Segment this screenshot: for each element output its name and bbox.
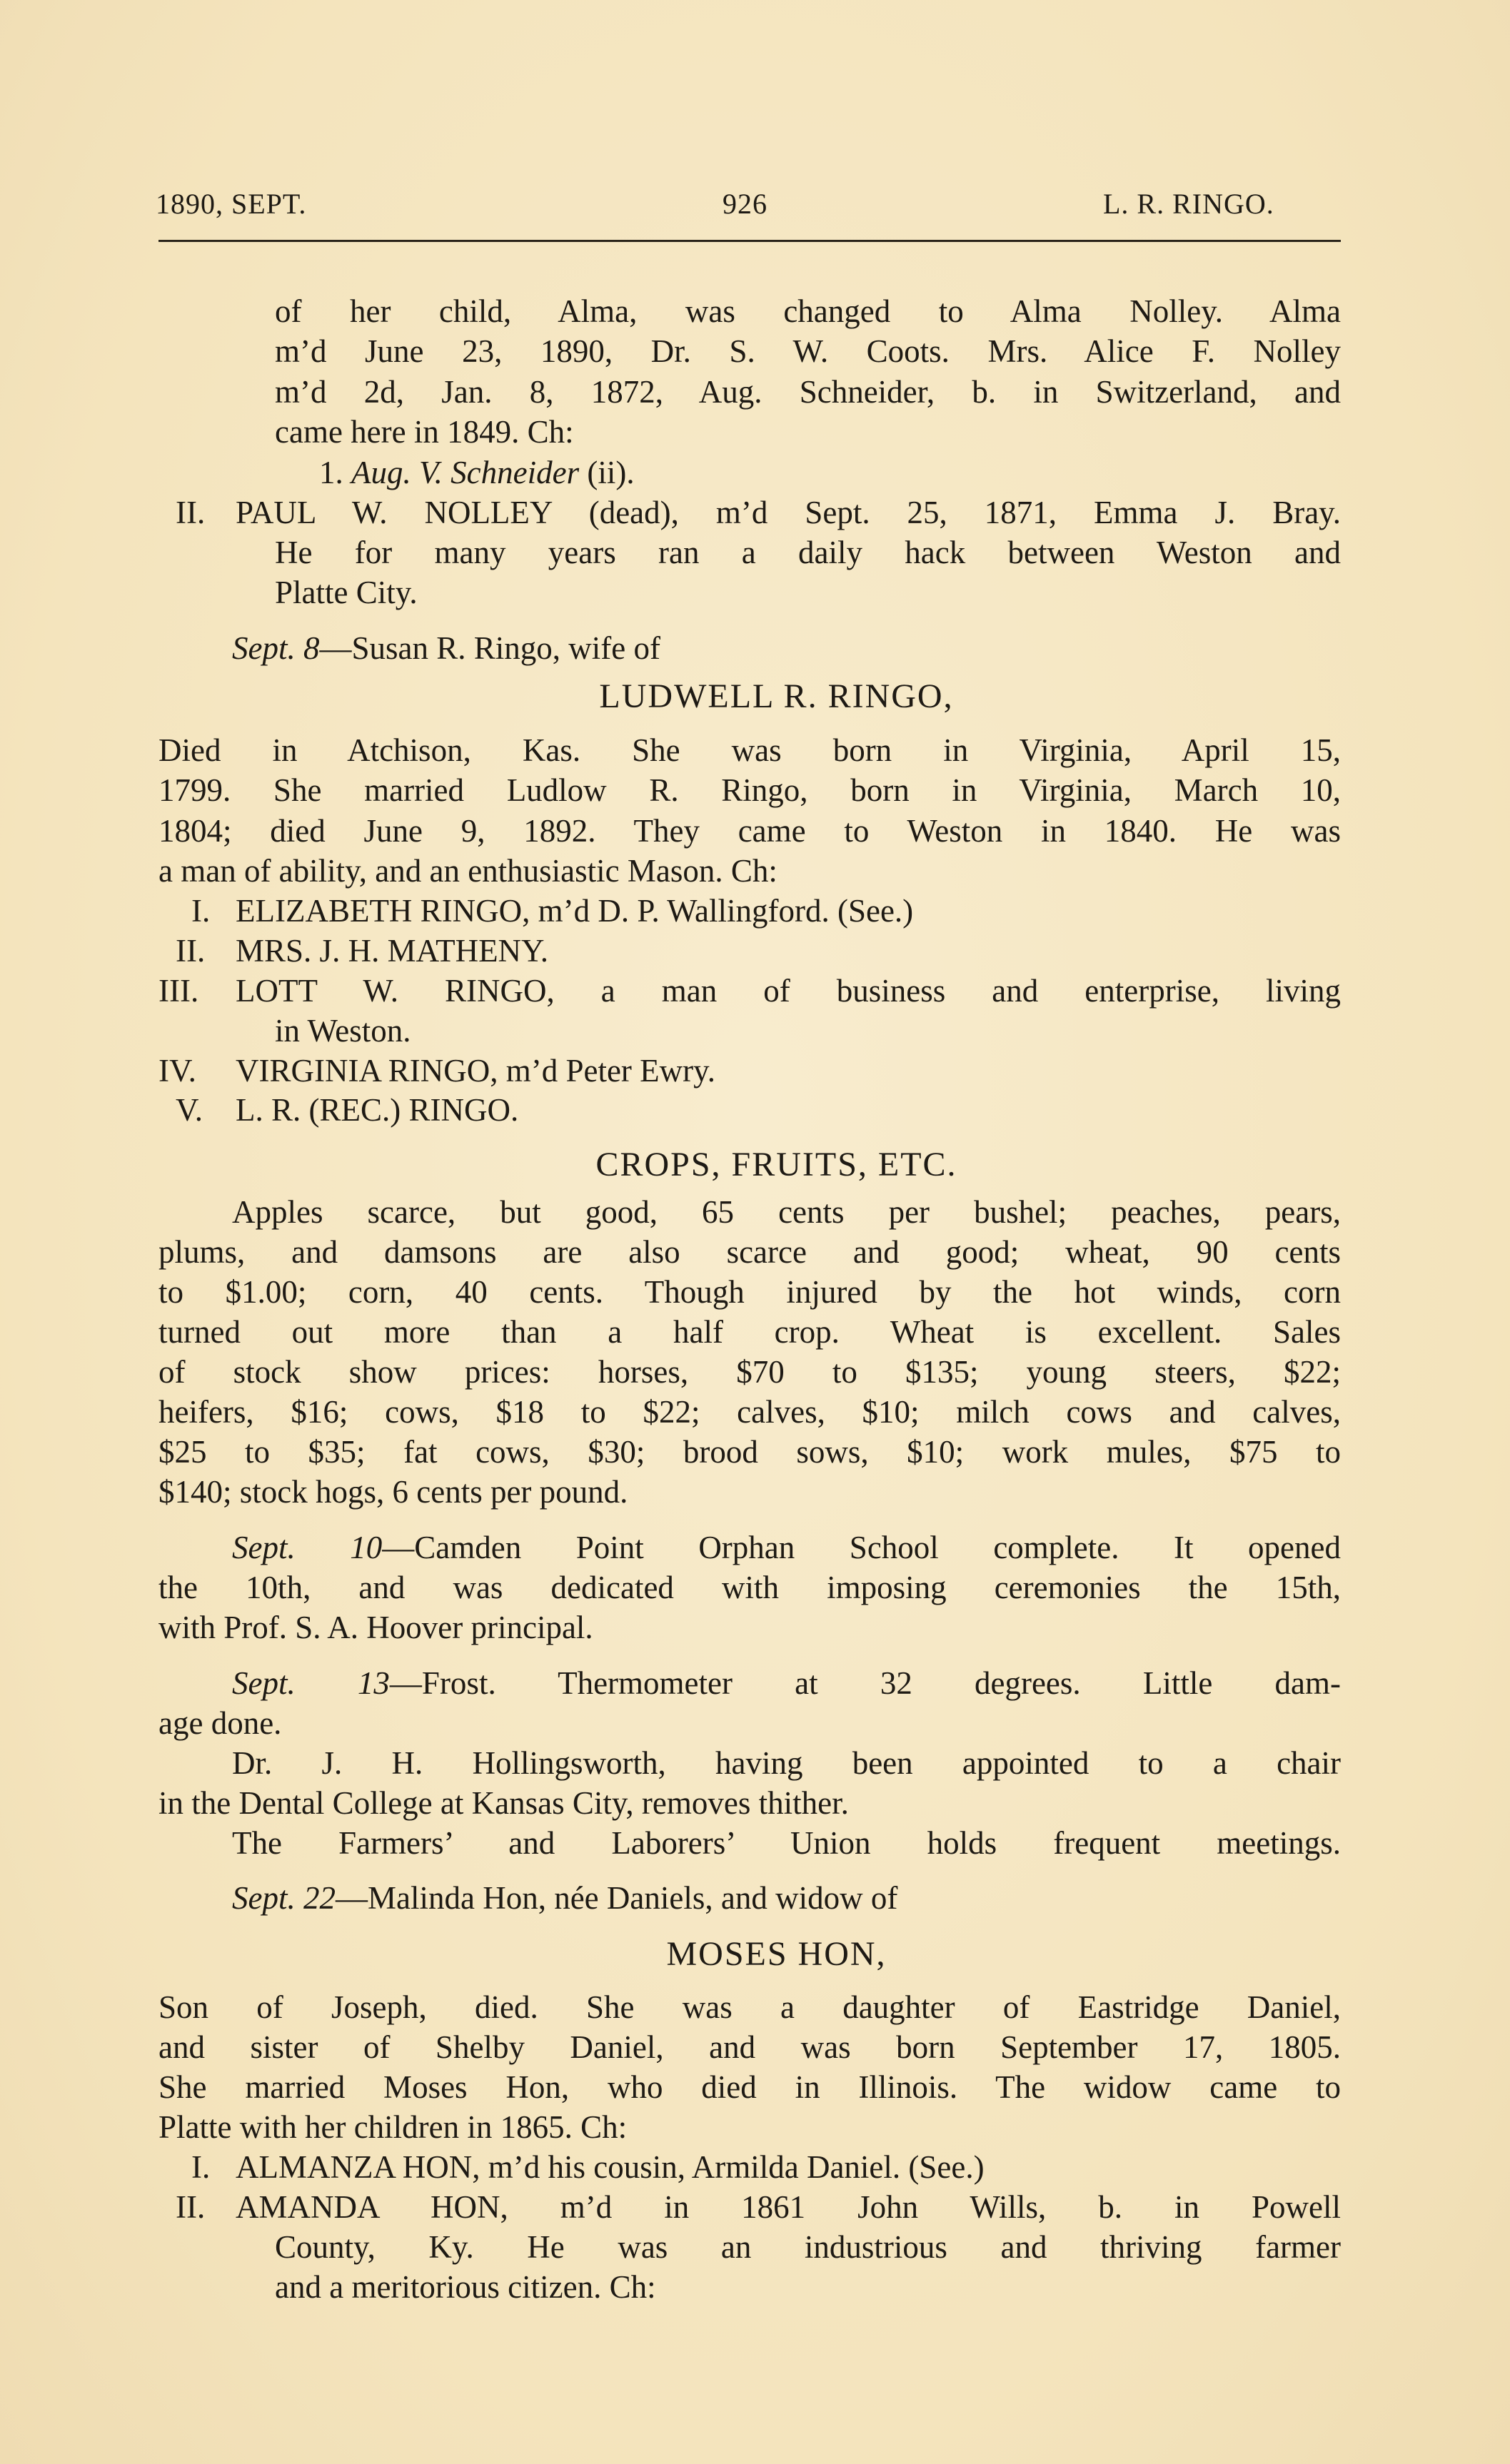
text-line: to $1.00; corn, 40 cents. Though injured… (158, 1272, 1341, 1312)
entry-first-line: Sept. 13—Frost. Thermometer at 32 degree… (232, 1663, 1341, 1703)
child-entry-continued: in Weston. (275, 1011, 411, 1051)
text-line: with Prof. S. A. Hoover principal. (158, 1607, 593, 1647)
entry-date: Sept. 10 (232, 1530, 382, 1565)
child-entry: ALMANZA HON, m’d his cousin, Armilda Dan… (236, 2147, 985, 2187)
entry-date: Sept. 13 (232, 1665, 390, 1701)
text-line: $140; stock hogs, 6 cents per pound. (158, 1472, 628, 1512)
text-line: Died in Atchison, Kas. She was born in V… (158, 730, 1341, 770)
child-entry: ELIZABETH RINGO, m’d D. P. Wallingford. … (236, 891, 913, 931)
text-line: Dr. J. H. Hollingsworth, having been app… (232, 1743, 1341, 1783)
text-line: m’d June 23, 1890, Dr. S. W. Coots. Mrs.… (275, 331, 1341, 371)
text-line: m’d 2d, Jan. 8, 1872, Aug. Schneider, b.… (275, 372, 1341, 412)
text-line: turned out more than a half crop. Wheat … (158, 1312, 1341, 1352)
running-header-title: L. R. RINGO. (1103, 187, 1274, 221)
text-line: Apples scarce, but good, 65 cents per bu… (232, 1192, 1341, 1232)
child-suffix: (ii). (587, 455, 634, 490)
text-line: the 10th, and was dedicated with imposin… (158, 1567, 1341, 1607)
running-header-date: 1890, SEPT. (156, 187, 306, 221)
child-entry: MRS. J. H. MATHENY. (236, 931, 548, 971)
child-entry: L. R. (REC.) RINGO. (236, 1090, 518, 1130)
item-number: III. (158, 971, 198, 1011)
item-number: II. (176, 931, 205, 971)
entry-date: Sept. 22 (232, 1880, 336, 1916)
text-line: He for many years ran a daily hack betwe… (275, 532, 1341, 572)
text-line: She married Moses Hon, who died in Illin… (158, 2067, 1341, 2107)
item-number: I. (191, 891, 210, 931)
entry-intro: Sept. 22—Malinda Hon, née Daniels, and w… (232, 1878, 897, 1918)
text-line: of stock show prices: horses, $70 to $13… (158, 1352, 1341, 1392)
child-number: 1. (319, 455, 343, 490)
text-line: Platte with her children in 1865. Ch: (158, 2107, 627, 2147)
text-line: age done. (158, 1703, 281, 1743)
child-entry: VIRGINIA RINGO, m’d Peter Ewry. (236, 1051, 715, 1091)
page-number: 926 (723, 187, 767, 221)
child-entry-continued: and a meritorious citizen. Ch: (275, 2267, 656, 2307)
text-line: in the Dental College at Kansas City, re… (158, 1783, 849, 1823)
obituary-heading: MOSES HON, (0, 1934, 1510, 1974)
text-line: 1804; died June 9, 1892. They came to We… (158, 811, 1341, 851)
text-line: The Farmers’ and Laborers’ Union holds f… (232, 1823, 1341, 1863)
text-line: plums, and damsons are also scarce and g… (158, 1232, 1341, 1272)
entry-text: —Camden Point Orphan School complete. It… (382, 1530, 1341, 1565)
child-name: Aug. V. Schneider (351, 455, 579, 490)
obituary-heading: LUDWELL R. RINGO, (0, 677, 1510, 716)
entry-intro: Sept. 8—Susan R. Ringo, wife of (232, 628, 660, 668)
child-entry: AMANDA HON, m’d in 1861 John Wills, b. i… (236, 2187, 1341, 2227)
text-line: 1799. She married Ludlow R. Ringo, born … (158, 770, 1341, 810)
item-number: IV. (158, 1051, 196, 1091)
text-line: Platte City. (275, 572, 418, 612)
item-number: I. (191, 2147, 210, 2187)
text-line: heifers, $16; cows, $18 to $22; calves, … (158, 1392, 1341, 1432)
item-number: II. (176, 493, 205, 532)
child-entry-continued: County, Ky. He was an industrious and th… (275, 2227, 1341, 2267)
header-rule (158, 240, 1341, 242)
entry-intro-text: —Malinda Hon, née Daniels, and widow of (336, 1880, 897, 1916)
text-line: of her child, Alma, was changed to Alma … (275, 291, 1341, 331)
entry-first-line: Sept. 10—Camden Point Orphan School comp… (232, 1528, 1341, 1567)
text-line: came here in 1849. Ch: (275, 412, 574, 452)
section-heading: CROPS, FRUITS, ETC. (0, 1145, 1510, 1184)
child-entry: 1. Aug. V. Schneider (ii). (319, 453, 635, 493)
text-line: PAUL W. NOLLEY (dead), m’d Sept. 25, 187… (236, 493, 1341, 532)
child-entry: LOTT W. RINGO, a man of business and ent… (236, 971, 1341, 1011)
text-line: a man of ability, and an enthusiastic Ma… (158, 851, 777, 891)
text-line: and sister of Shelby Daniel, and was bor… (158, 2027, 1341, 2067)
text-line: Son of Joseph, died. She was a daughter … (158, 1987, 1341, 2027)
text-line: $25 to $35; fat cows, $30; brood sows, $… (158, 1432, 1341, 1472)
entry-text: —Frost. Thermometer at 32 degrees. Littl… (390, 1665, 1341, 1701)
book-page: 1890, SEPT. 926 L. R. RINGO. of her chil… (0, 0, 1510, 2464)
entry-intro-text: —Susan R. Ringo, wife of (319, 630, 660, 666)
entry-date: Sept. 8 (232, 630, 319, 666)
item-number: II. (176, 2187, 205, 2227)
item-number: V. (176, 1090, 203, 1130)
